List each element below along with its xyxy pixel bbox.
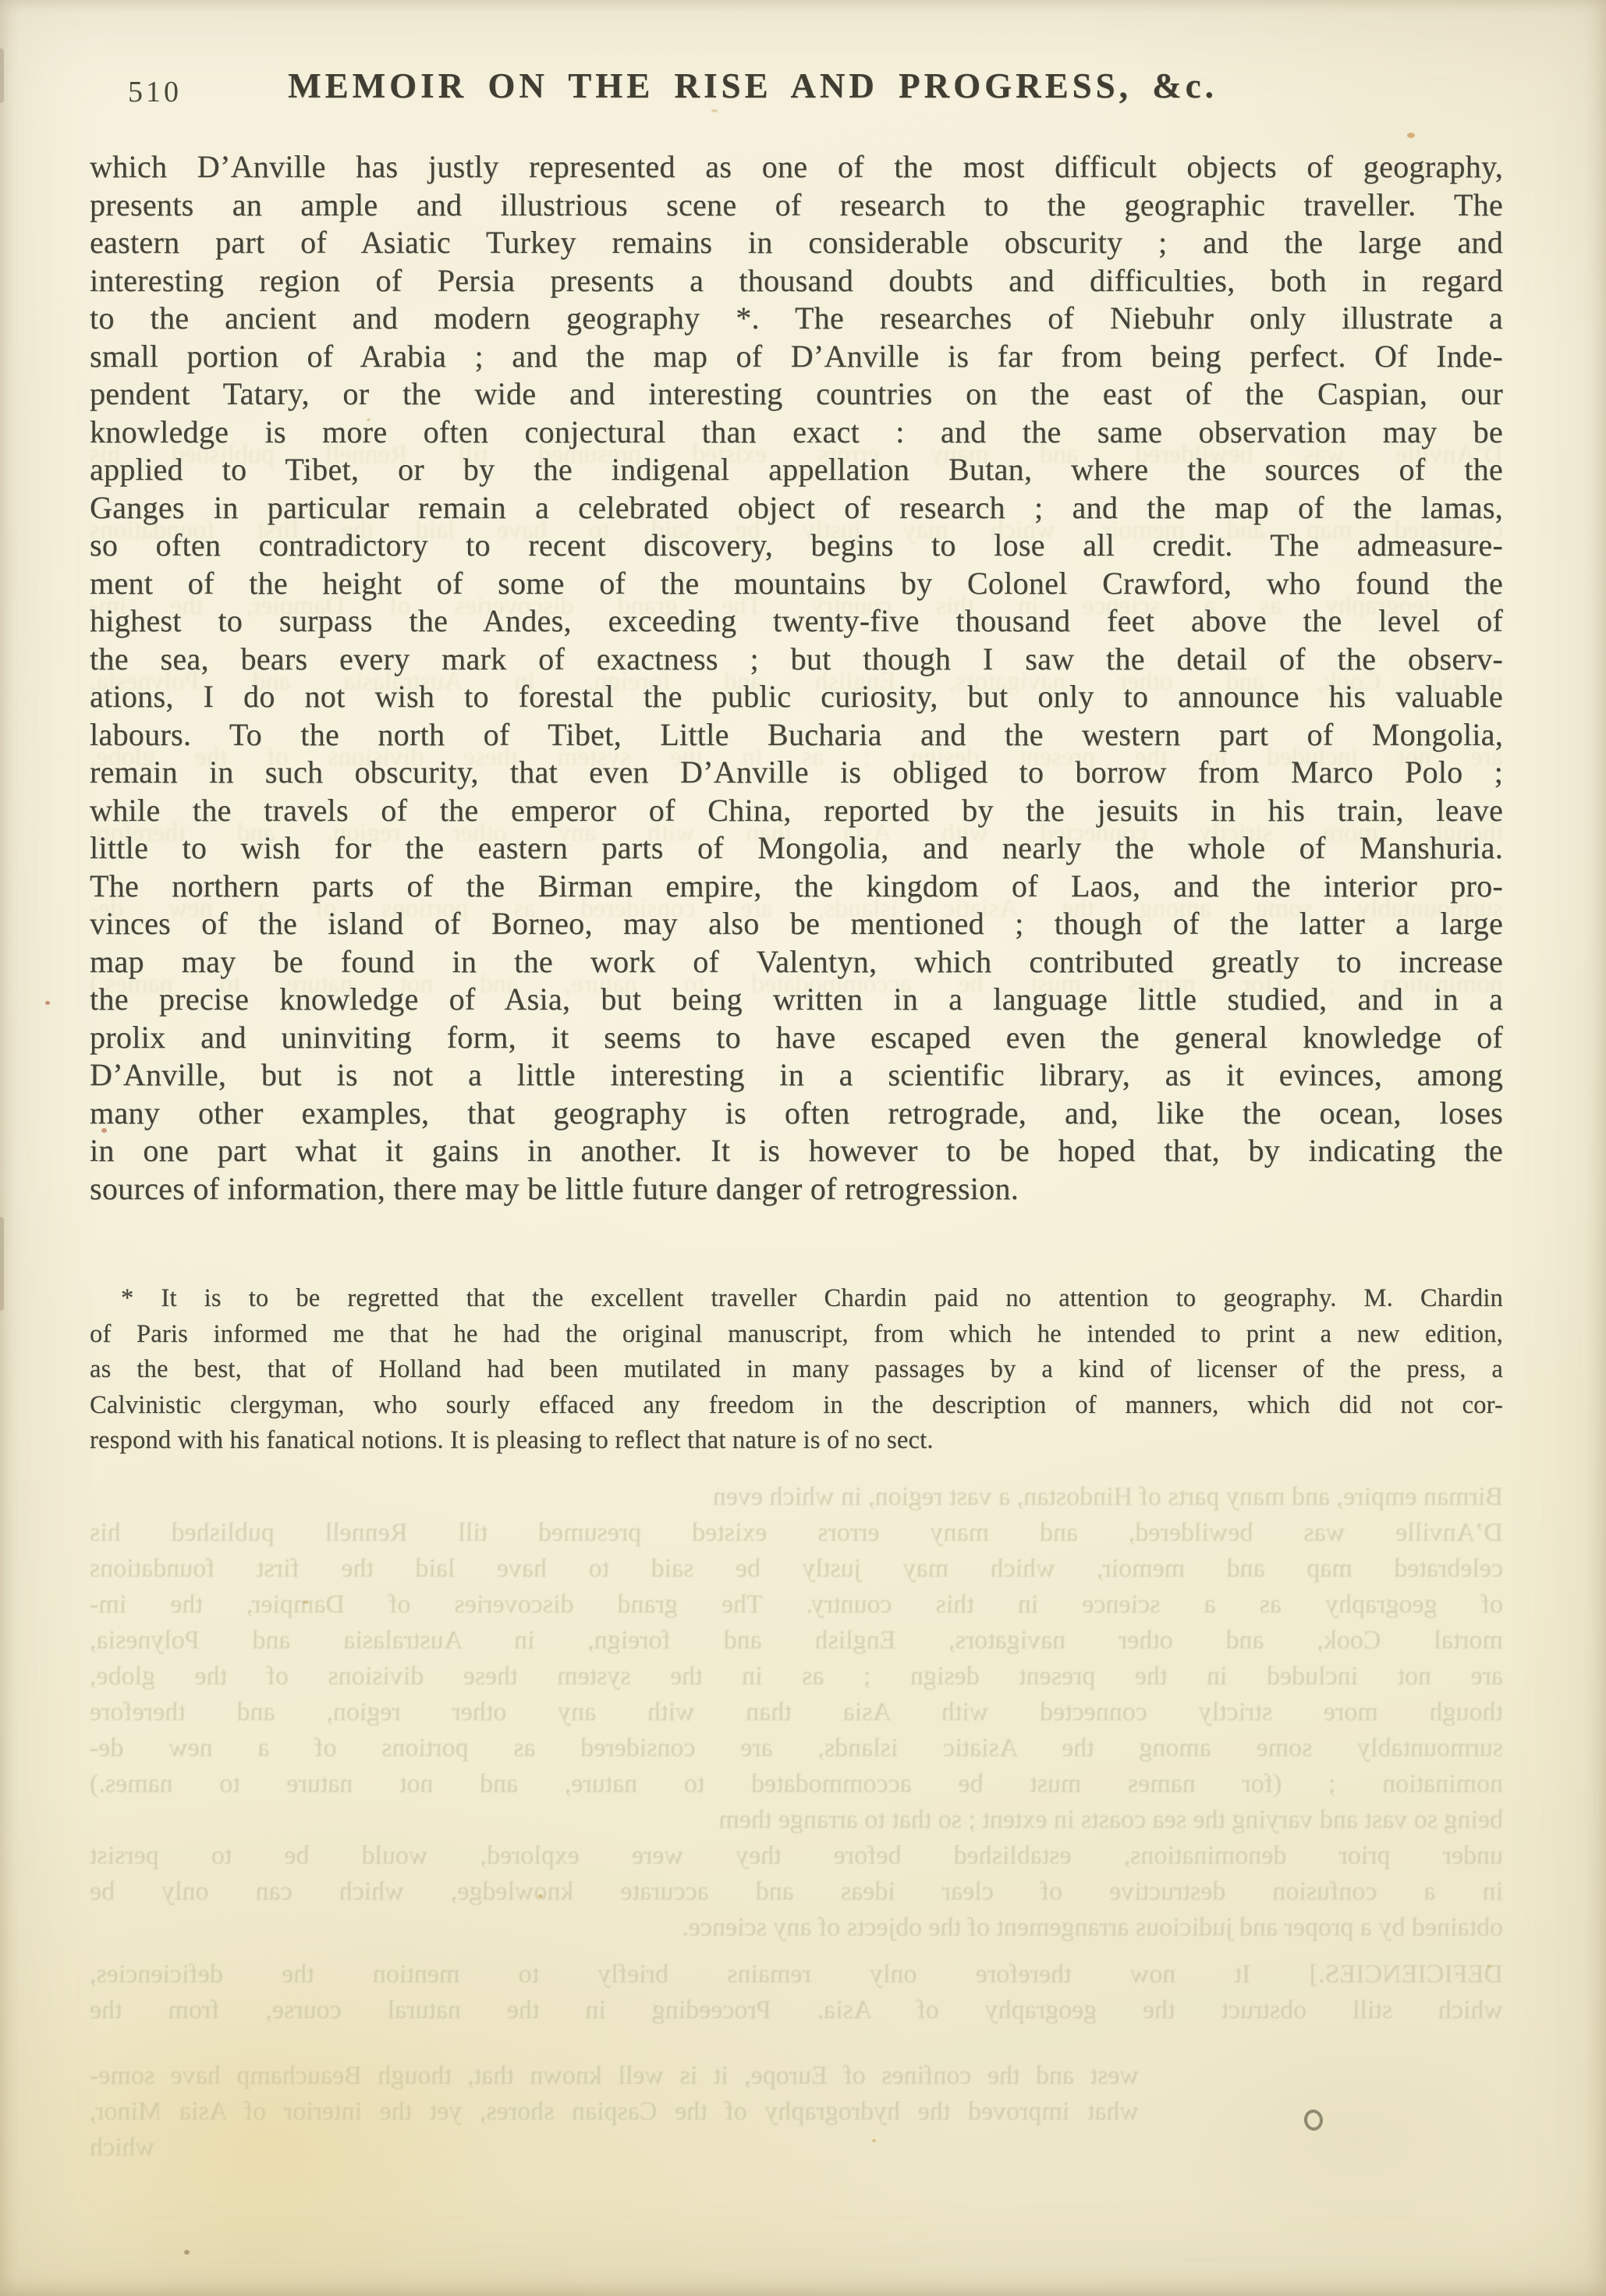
body-line: presents an ample and illustrious scene … <box>90 186 1503 225</box>
paper-speck <box>711 109 718 112</box>
showthrough-line: west and the confines of Europe, it is w… <box>90 2058 1139 2094</box>
scan-edge-mark <box>0 48 4 103</box>
showthrough-line: mortal Cook, and other navigators, Engli… <box>90 1623 1503 1659</box>
body-line: prolix and uninviting form, it seems to … <box>90 1019 1503 1057</box>
paper-speck <box>1487 1964 1491 1968</box>
body-line: knowledge is more often conjectural than… <box>90 413 1503 452</box>
body-line: The northern parts of the Birman empire,… <box>90 868 1503 906</box>
body-line: D’Anville, but is not a little interesti… <box>90 1056 1503 1095</box>
body-line: eastern part of Asiatic Turkey remains i… <box>90 224 1503 262</box>
showthrough-line: which still obstruct the geography of As… <box>90 1993 1503 2028</box>
body-line: many other examples, that geography is o… <box>90 1095 1503 1133</box>
showthrough-line: under prior denominations, established b… <box>90 1838 1503 1874</box>
book-page: D’Anville was bewildered, and many error… <box>0 0 1606 2296</box>
body-line: little to wish for the eastern parts of … <box>90 829 1503 868</box>
body-line: sources of information, there may be lit… <box>90 1170 1503 1208</box>
paper-speck <box>872 2139 876 2142</box>
body-line: remain in such obscurity, that even D’An… <box>90 754 1503 792</box>
showthrough-line: surmountably some among the Asiatic isla… <box>90 1730 1503 1766</box>
footnote-line: * It is to be regretted that the excelle… <box>90 1281 1503 1317</box>
showthrough-line: DEFICIENCIES.] It now therefore only rem… <box>90 1957 1503 1993</box>
footnote-line: Calvinistic clergyman, who sourly efface… <box>90 1388 1503 1424</box>
showthrough-line: though more strictly connected with Asia… <box>90 1694 1503 1730</box>
scan-edge-mark <box>0 1217 4 1311</box>
body-line: while the travels of the emperor of Chin… <box>90 792 1503 830</box>
paper-speck <box>1407 133 1415 138</box>
showthrough-line: obtained by a proper and judicious arran… <box>90 1910 1503 1946</box>
paper-speck <box>184 2250 190 2255</box>
page-number: 510 <box>128 75 182 109</box>
body-line: map may be found in the work of Valentyn… <box>90 943 1503 981</box>
footnote-line: as the best, that of Holland had been mu… <box>90 1352 1503 1388</box>
running-title: MEMOIR ON THE RISE AND PROGRESS, &c. <box>218 66 1287 106</box>
showthrough-line: D’Anville was bewildered, and many error… <box>90 1515 1503 1551</box>
body-line: pendent Tatary, or the wide and interest… <box>90 375 1503 413</box>
body-line: so often contradictory to recent discove… <box>90 527 1503 565</box>
paper-speck <box>303 1601 309 1604</box>
body-line: which D’Anville has justly represented a… <box>90 148 1503 186</box>
showthrough-line: being so vast and varying the sea coasts… <box>90 1802 1503 1838</box>
body-line: applied to Tibet, or by the indigenal ap… <box>90 451 1503 489</box>
body-line: the precise knowledge of Asia, but being… <box>90 981 1503 1019</box>
body-paragraph: which D’Anville has justly represented a… <box>90 148 1503 1208</box>
body-line: highest to surpass the Andes, exceeding … <box>90 602 1503 641</box>
footnote: * It is to be regretted that the excelle… <box>90 1281 1503 1459</box>
body-line: ment of the height of some of the mounta… <box>90 565 1503 603</box>
body-line: to the ancient and modern geography *. T… <box>90 300 1503 338</box>
body-line: vinces of the island of Borneo, may also… <box>90 905 1503 943</box>
paper-speck <box>45 1001 50 1005</box>
body-line: ations, I do not wish to forestal the pu… <box>90 678 1503 716</box>
showthrough-line: what improved the hydrography of the Cas… <box>90 2094 1139 2130</box>
body-line: small portion of Arabia ; and the map of… <box>90 338 1503 376</box>
body-line: Ganges in particular remain a celebrated… <box>90 489 1503 527</box>
showthrough-line: of geography as a science in this countr… <box>90 1587 1503 1623</box>
showthrough-line: in a confusion destructive of clear idea… <box>90 1874 1503 1910</box>
body-line: the sea, bears every mark of exactness ;… <box>90 641 1503 679</box>
paper-speck <box>538 1894 543 1898</box>
showthrough-catchword: which <box>90 2130 1139 2166</box>
paper-speck <box>367 418 370 421</box>
showthrough-lower-block: Birman empire, and many parts of Hindost… <box>90 1479 1503 2166</box>
showthrough-line: nomination ; (for names must be accommod… <box>90 1766 1503 1802</box>
footnote-line: of Paris informed me that he had the ori… <box>90 1317 1503 1353</box>
paper-speck <box>101 1128 107 1133</box>
body-line: interesting region of Persia presents a … <box>90 262 1503 300</box>
showthrough-line: Birman empire, and many parts of Hindost… <box>90 1479 1503 1515</box>
footnote-line: respond with his fanatical notions. It i… <box>90 1423 1503 1459</box>
showthrough-line: are not included in the present design ;… <box>90 1659 1503 1694</box>
showthrough-line: celebrated map and memoir, which may jus… <box>90 1551 1503 1587</box>
body-line: labours. To the north of Tibet, Little B… <box>90 716 1503 754</box>
body-line: in one part what it gains in another. It… <box>90 1132 1503 1170</box>
